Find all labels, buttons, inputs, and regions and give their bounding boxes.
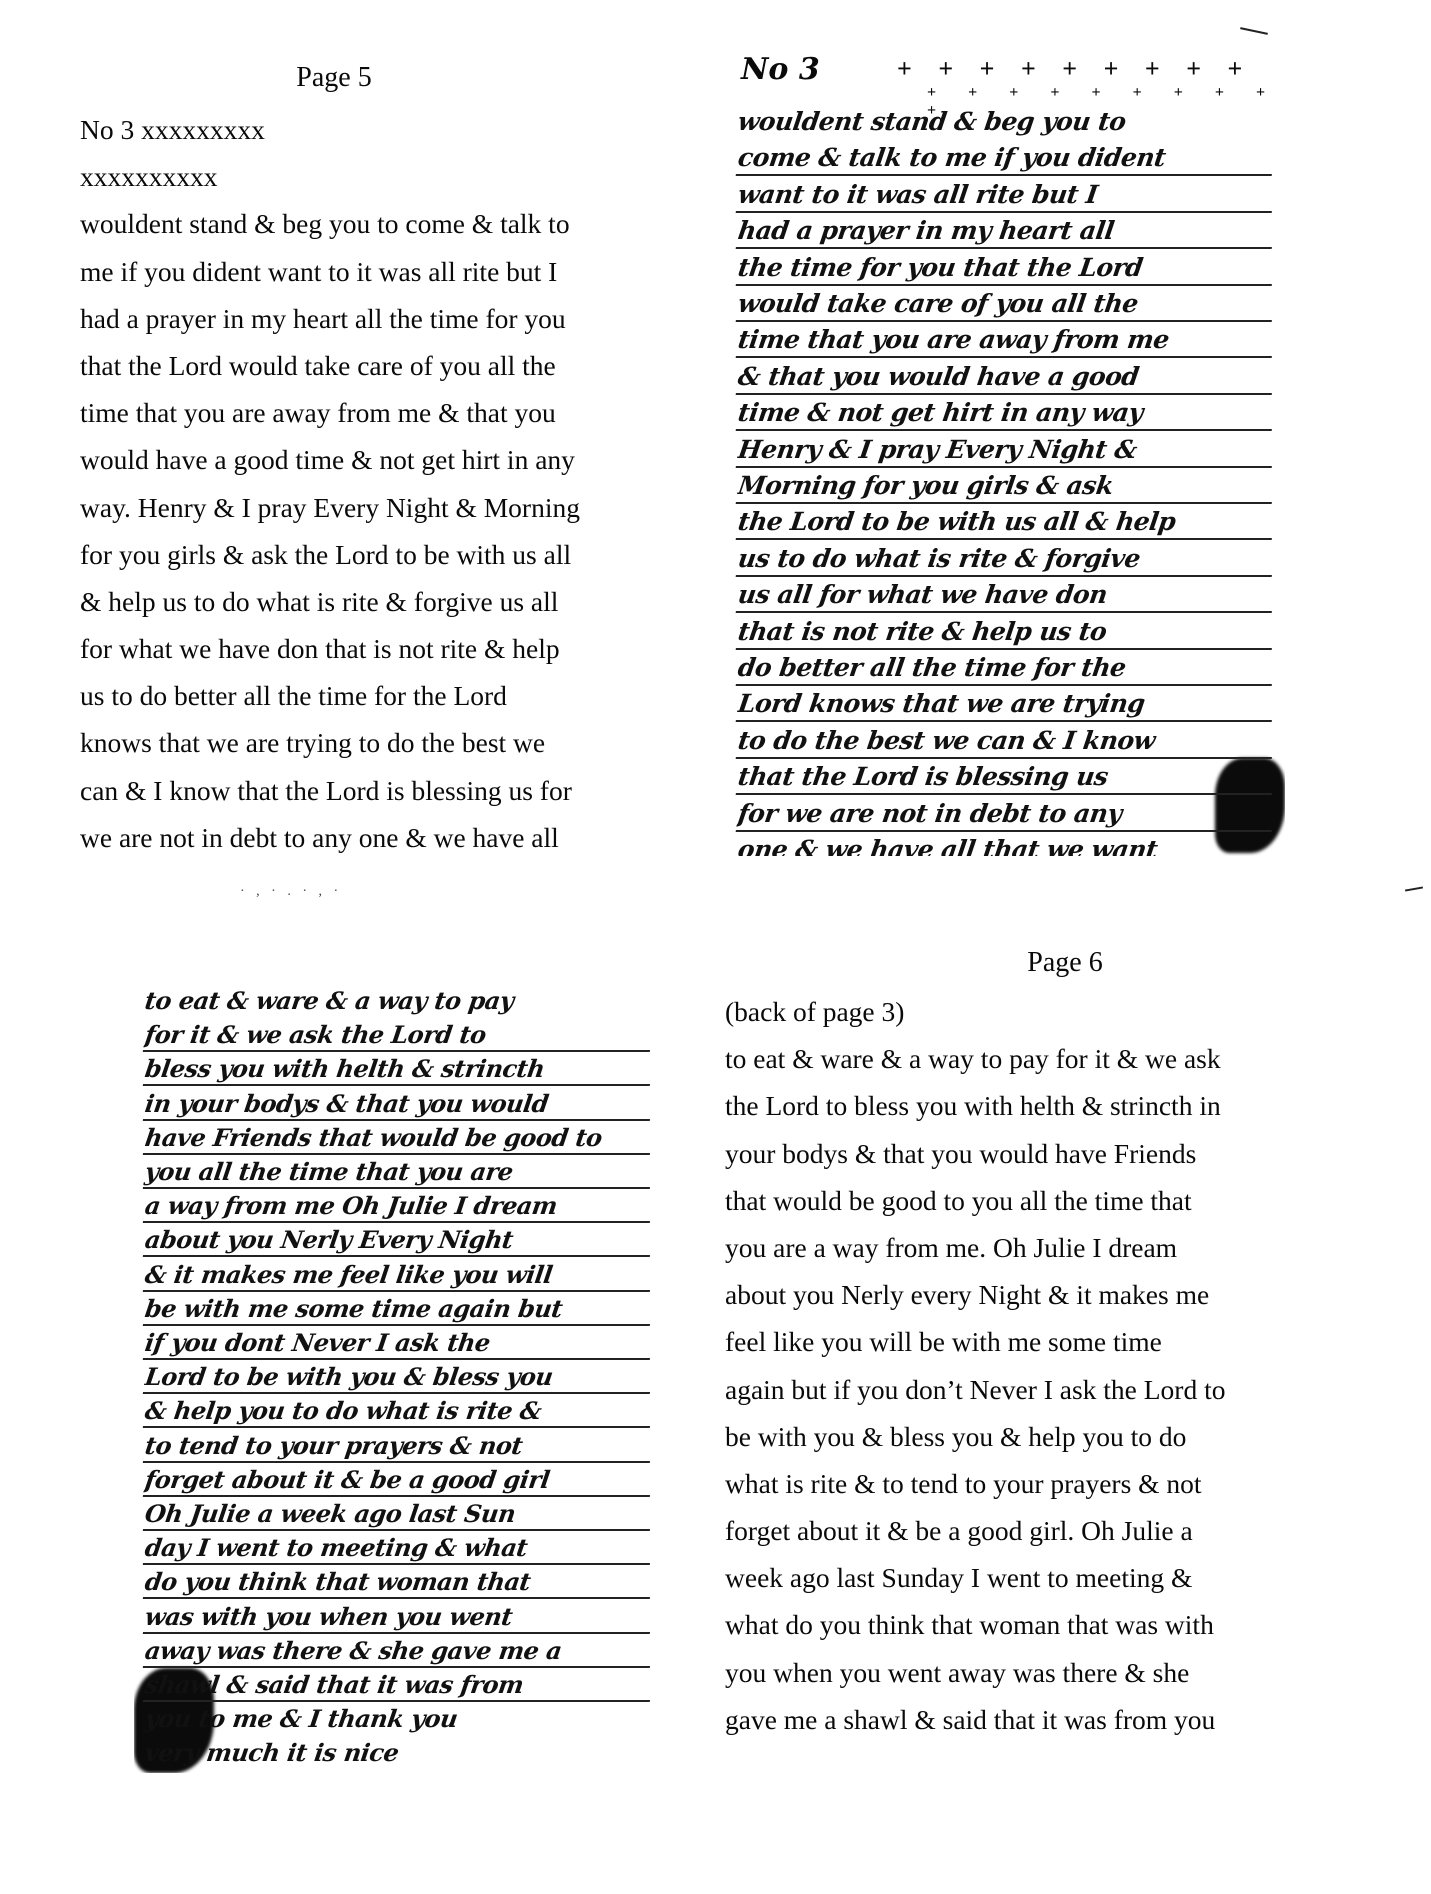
text-line: about you Nerly every Night & it makes m… xyxy=(725,1271,1225,1318)
text-line: that would be good to you all the time t… xyxy=(725,1177,1225,1224)
text-line: be with you & bless you & help you to do xyxy=(725,1413,1225,1460)
page-6-transcription: (back of page 3) to eat & ware & a way t… xyxy=(725,988,1225,1743)
handwritten-line: forget about it & be a good girl xyxy=(142,1465,653,1497)
text-line: for what we have don that is not rite & … xyxy=(80,625,580,672)
handwritten-line: to eat & ware & a way to pay xyxy=(142,986,653,1016)
handwritten-line: Lord to be with you & bless you xyxy=(142,1362,653,1394)
text-line: what is rite & to tend to your prayers &… xyxy=(725,1460,1225,1507)
handwritten-line: & that you would have a good xyxy=(736,361,1277,395)
handwritten-line: & help you to do what is rite & xyxy=(142,1396,653,1428)
handwritten-line: & it makes me feel like you will xyxy=(142,1260,653,1292)
handwritten-line: in your bodys & that you would xyxy=(142,1089,653,1121)
text-line: gave me a shawl & said that it was from … xyxy=(725,1696,1225,1743)
text-line: again but if you don’t Never I ask the L… xyxy=(725,1366,1225,1413)
text-line: we are not in debt to any one & we have … xyxy=(80,814,580,861)
text-line: (back of page 3) xyxy=(725,988,1225,1035)
scan-header-no3: No 3 xyxy=(741,52,820,87)
text-line: would have a good time & not get hirt in… xyxy=(80,436,580,483)
text-line: what do you think that woman that was wi… xyxy=(725,1601,1225,1648)
stray-mark xyxy=(1240,27,1268,35)
text-line: No 3 xxxxxxxxx xyxy=(80,106,580,153)
scan-specks: · , · . · , · xyxy=(240,884,342,900)
handwritten-line: would take care of you all the xyxy=(736,288,1277,322)
text-line: feel like you will be with me some time xyxy=(725,1318,1225,1365)
handwritten-line: the Lord to be with us all & help xyxy=(736,506,1277,540)
text-line: us to do better all the time for the Lor… xyxy=(80,672,580,719)
handwritten-line: was with you when you went xyxy=(142,1602,653,1634)
handwritten-line: to do the best we can & I know xyxy=(736,725,1277,759)
text-line: & help us to do what is rite & forgive u… xyxy=(80,578,580,625)
handwritten-line: time & not get hirt in any way xyxy=(736,397,1277,431)
text-line: wouldent stand & beg you to come & talk … xyxy=(80,200,580,247)
handwritten-line: Henry & I pray Every Night & xyxy=(736,434,1277,468)
text-line: for you girls & ask the Lord to be with … xyxy=(80,531,580,578)
handwritten-line: if you dont Never I ask the xyxy=(142,1328,653,1360)
text-line: to eat & ware & a way to pay for it & we… xyxy=(725,1035,1225,1082)
handwritten-line: you all the time that you are xyxy=(142,1157,653,1189)
handwritten-line: wouldent stand & beg you to xyxy=(736,106,1276,138)
handwritten-line: bless you with helth & strincth xyxy=(142,1054,653,1086)
text-line: xxxxxxxxxx xyxy=(80,153,580,200)
text-line: your bodys & that you would have Friends xyxy=(725,1130,1225,1177)
text-line: you are a way from me. Oh Julie I dream xyxy=(725,1224,1225,1271)
handwritten-line: to tend to your prayers & not xyxy=(142,1431,653,1463)
handwritten-line: a way from me Oh Julie I dream xyxy=(142,1191,653,1223)
text-line: way. Henry & I pray Every Night & Mornin… xyxy=(80,484,580,531)
handwritten-scan-page-6: to eat & ware & a way to payfor it & we … xyxy=(134,978,662,1773)
text-line: that the Lord would take care of you all… xyxy=(80,342,580,389)
handwritten-line: that is not rite & help us to xyxy=(736,616,1277,650)
handwritten-line: do you think that woman that xyxy=(142,1567,653,1599)
scan-crosses: + + + + + + + + + xyxy=(897,54,1252,84)
text-line: can & I know that the Lord is blessing u… xyxy=(80,767,580,814)
text-line: you when you went away was there & she xyxy=(725,1649,1225,1696)
page-5-title: Page 5 xyxy=(296,62,371,94)
text-line: me if you dident want to it was all rite… xyxy=(80,248,580,295)
handwritten-line: us all for what we have don xyxy=(736,579,1277,613)
handwritten-line: the time for you that the Lord xyxy=(736,252,1277,286)
text-line: the Lord to bless you with helth & strin… xyxy=(725,1082,1225,1129)
handwritten-line: had a prayer in my heart all xyxy=(736,215,1277,249)
page-5-transcription: No 3 xxxxxxxxx xxxxxxxxxx wouldent stand… xyxy=(80,106,580,861)
handwritten-line: Lord knows that we are trying xyxy=(736,688,1277,722)
stray-mark xyxy=(1405,886,1423,891)
handwritten-line: do better all the time for the xyxy=(736,652,1277,686)
handwritten-line: have Friends that would be good to xyxy=(142,1123,653,1155)
handwritten-line: very much it is nice xyxy=(142,1738,653,1768)
handwritten-line: Morning for you girls & ask xyxy=(736,470,1277,504)
handwritten-line: us to do what is rite & forgive xyxy=(736,543,1277,577)
handwritten-line: Oh Julie a week ago last Sun xyxy=(142,1499,653,1531)
text-line: knows that we are trying to do the best … xyxy=(80,719,580,766)
handwritten-scan-page-5: No 3 + + + + + + + + + + + + + + + + + +… xyxy=(727,48,1285,856)
handwritten-line: shawl & said that it was from xyxy=(142,1670,653,1702)
handwritten-line: time that you are away from me xyxy=(736,324,1277,358)
handwritten-line: be with me some time again but xyxy=(142,1294,653,1326)
handwritten-line: that the Lord is blessing us xyxy=(736,761,1277,795)
handwritten-line: you to me & I thank you xyxy=(142,1704,653,1734)
text-line: forget about it & be a good girl. Oh Jul… xyxy=(725,1507,1225,1554)
handwritten-line: about you Nerly Every Night xyxy=(142,1225,653,1257)
handwritten-line: day I went to meeting & what xyxy=(142,1533,653,1565)
text-line: had a prayer in my heart all the time fo… xyxy=(80,295,580,342)
handwritten-line: away was there & she gave me a xyxy=(142,1636,653,1668)
handwritten-line: for we are not in debt to any xyxy=(736,798,1277,832)
text-line: time that you are away from me & that yo… xyxy=(80,389,580,436)
page-6-title: Page 6 xyxy=(1027,947,1102,979)
handwritten-line: one & we have all that we want xyxy=(736,834,1276,856)
handwritten-line: for it & we ask the Lord to xyxy=(142,1020,653,1052)
handwritten-line: come & talk to me if you dident xyxy=(736,142,1277,176)
handwritten-line: want to it was all rite but I xyxy=(736,179,1277,213)
text-line: week ago last Sunday I went to meeting & xyxy=(725,1554,1225,1601)
